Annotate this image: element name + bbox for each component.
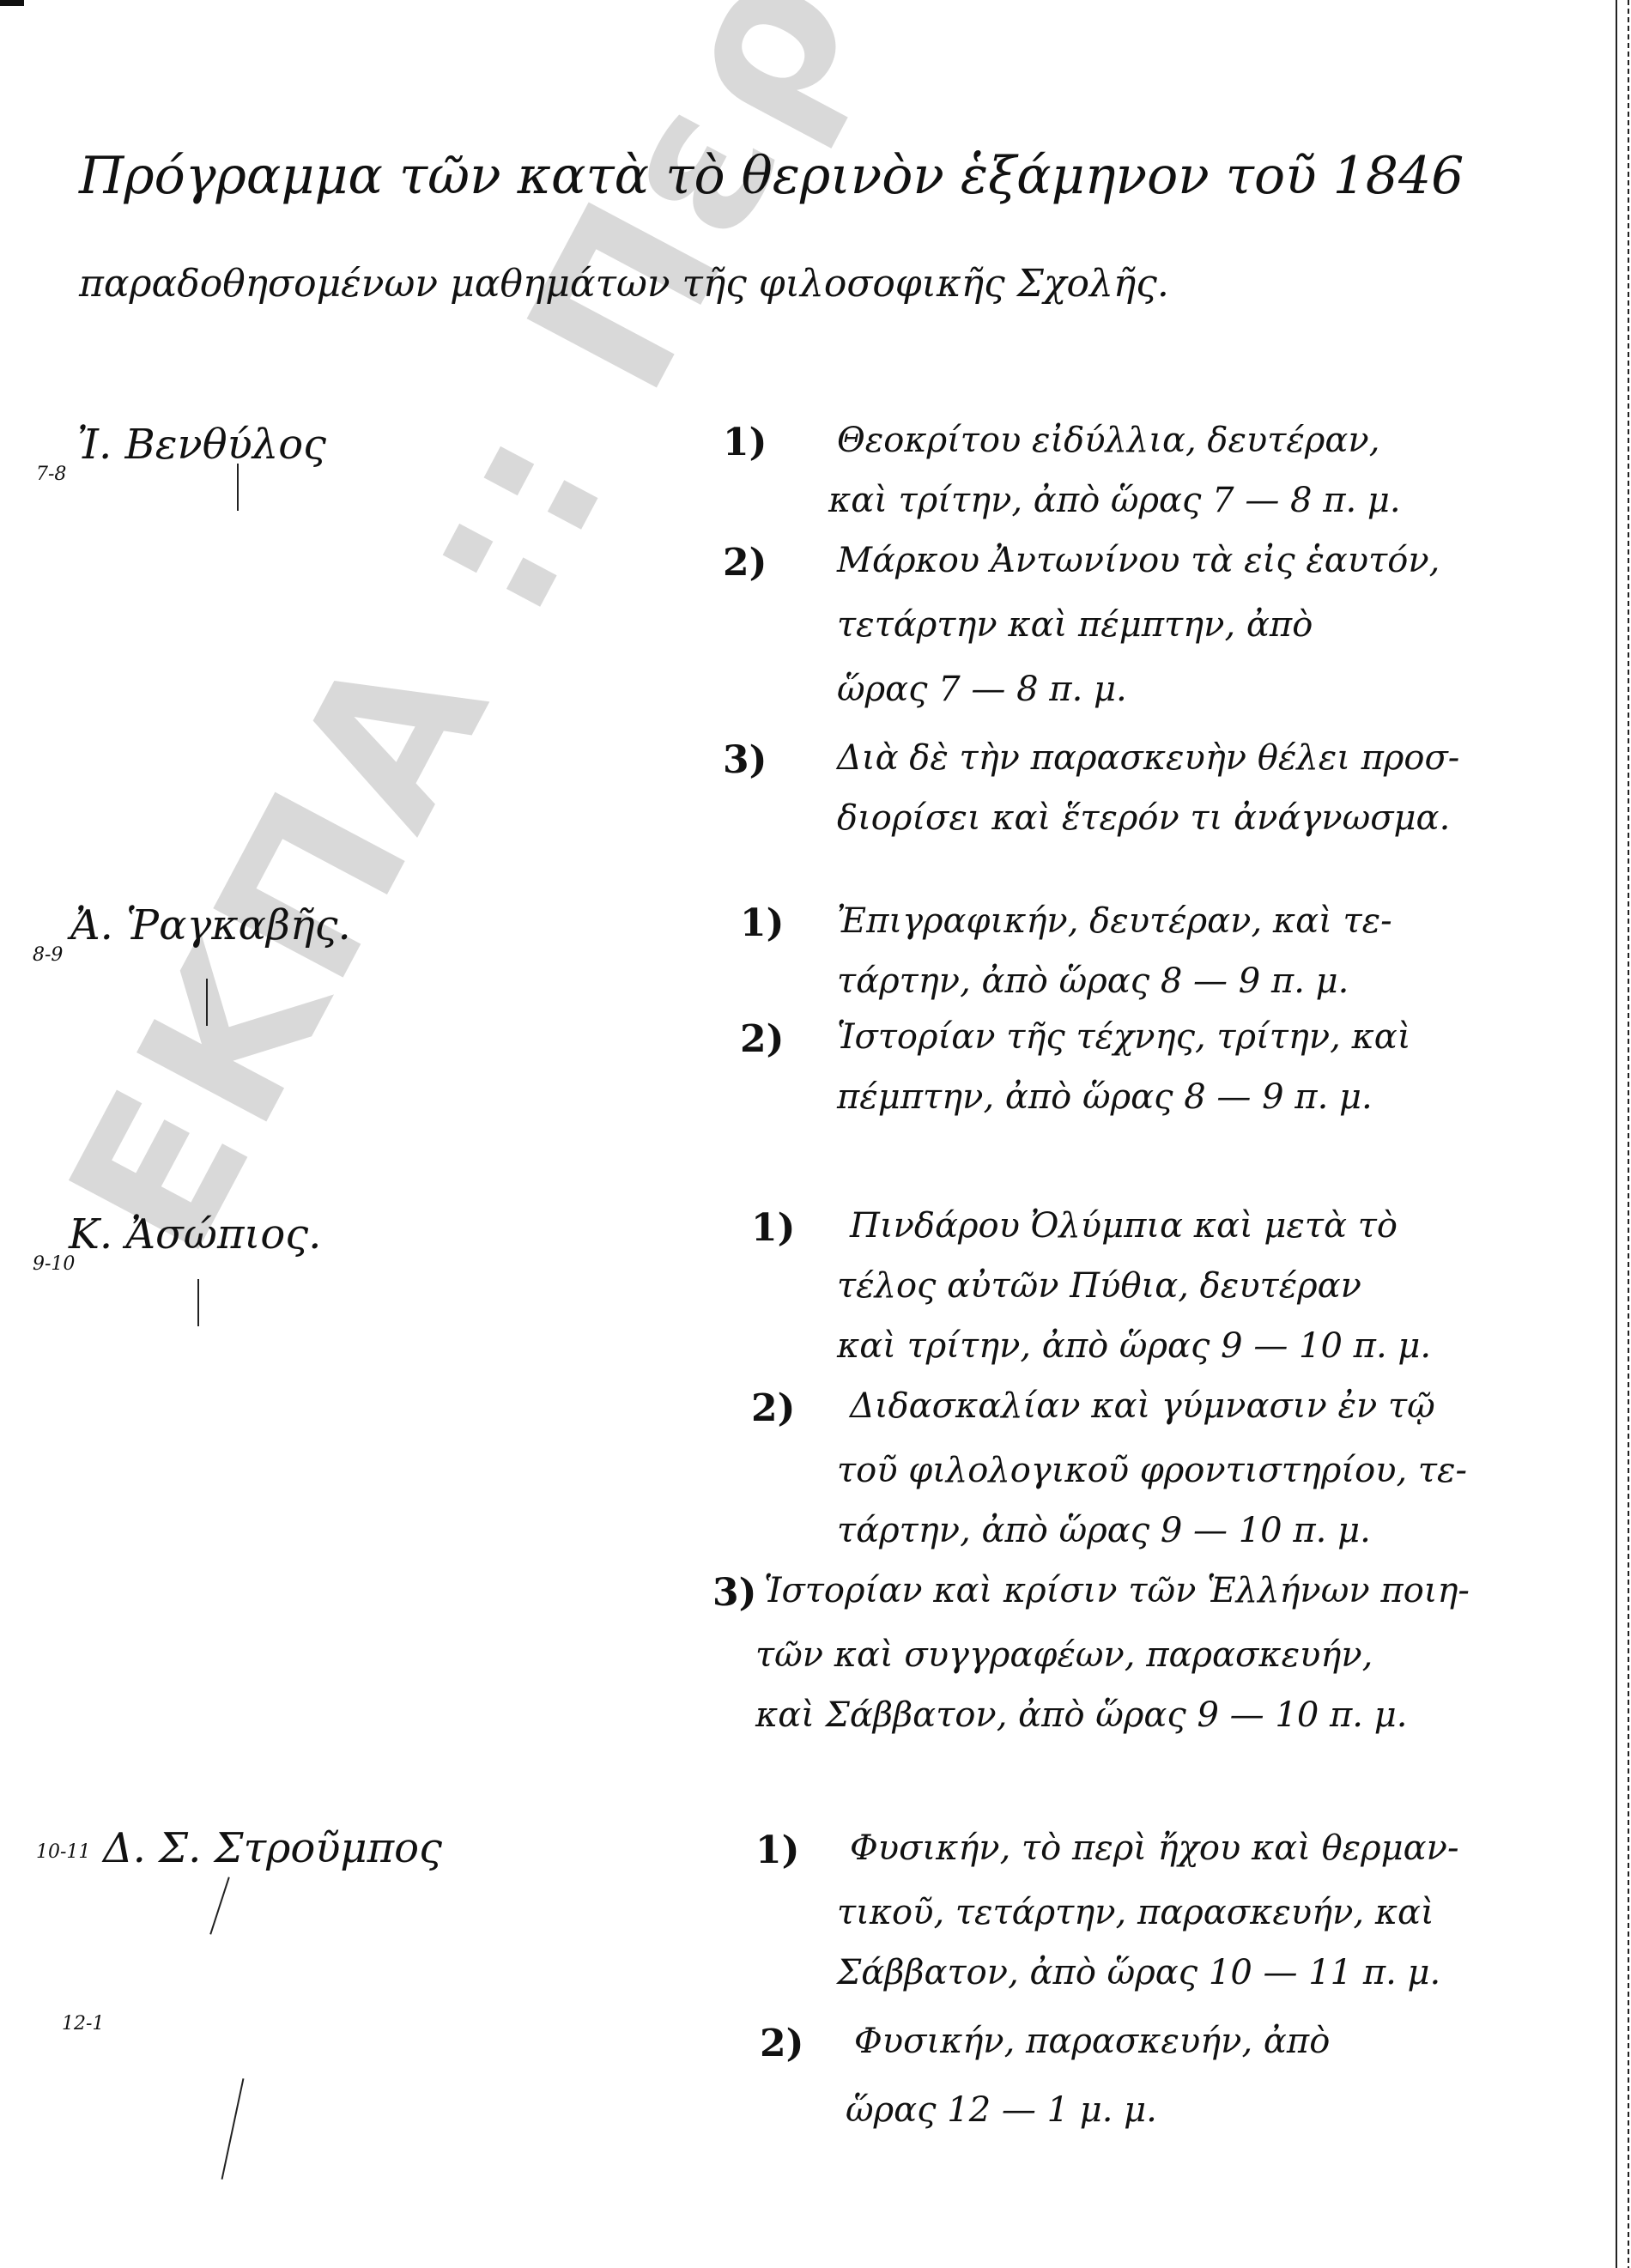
course-number: 1) [751, 1206, 795, 1250]
scan-corner-mark [0, 0, 24, 6]
course-number: 3) [712, 1571, 756, 1615]
hours-label: 12-1 [62, 2013, 104, 2035]
course-line: ὥρας 12 — 1 μ. μ. [846, 2090, 1157, 2130]
course-number: 1) [755, 1828, 799, 1872]
course-line: Ἱστορίαν καὶ κρίσιν τῶν Ἑλλήνων ποιη- [764, 1571, 1470, 1610]
course-line: τῶν καὶ συγγραφέων, παρασκευήν, [755, 1635, 1373, 1675]
manuscript-page: ΕΚΠΑ :: Περγαμος Πρόγραμμα τῶν κατὰ τὸ θ… [0, 0, 1631, 2268]
course-line: τέλος αὐτῶν Πύθια, δευτέραν [837, 1266, 1361, 1306]
course-line: Θεοκρίτου εἰδύλλια, δευτέραν, [837, 421, 1379, 460]
margin-stroke [237, 464, 239, 511]
course-number: 2) [740, 1017, 784, 1061]
course-line: Σάββατον, ἀπὸ ὥρας 10 — 11 π. μ. [837, 1953, 1440, 1992]
hours-label: 8-9 [33, 944, 63, 966]
course-line: καὶ τρίτην, ἀπὸ ὥρας 7 — 8 π. μ. [828, 481, 1401, 520]
course-line: Πινδάρου Ὀλύμπια καὶ μετὰ τὸ [850, 1206, 1398, 1246]
document-title-line-2: παραδοθησομένων μαθημάτων τῆς φιλοσοφικῆ… [79, 262, 1169, 306]
professor-name: Ἰ. Βενθύλος [77, 421, 326, 469]
hours-label: 10-11 [36, 1841, 90, 1863]
course-line: καὶ τρίτην, ἀπὸ ὥρας 9 — 10 π. μ. [837, 1326, 1431, 1366]
course-line: τικοῦ, τετάρτην, παρασκευήν, καὶ [837, 1893, 1434, 1932]
course-number: 2) [751, 1386, 795, 1430]
professor-name: Κ. Ἀσώπιος. [69, 1210, 321, 1258]
professor-name: Δ. Σ. Στροῦμπος [103, 1824, 442, 1872]
course-line: Διὰ δὲ τὴν παρασκευὴν θέλει προσ- [837, 738, 1459, 778]
course-line: ὥρας 7 — 8 π. μ. [837, 670, 1127, 709]
margin-stroke [206, 979, 208, 1026]
course-line: τετάρτην καὶ πέμπτην, ἀπὸ [837, 605, 1313, 645]
margin-stroke [197, 1279, 199, 1326]
course-line: καὶ Σάββατον, ἀπὸ ὥρας 9 — 10 π. μ. [755, 1695, 1407, 1735]
course-line: πέμπτην, ἀπὸ ὥρας 8 — 9 π. μ. [837, 1077, 1373, 1117]
course-line: τάρτην, ἀπὸ ὥρας 8 — 9 π. μ. [837, 961, 1349, 1001]
page-edge-binding [1628, 0, 1629, 2268]
course-line: Φυσικήν, τὸ περὶ ἤχου καὶ θερμαν- [850, 1828, 1459, 1868]
document-title-line-1: Πρόγραμμα τῶν κατὰ τὸ θερινὸν ἑξάμηνον τ… [79, 146, 1464, 206]
margin-stroke [209, 1877, 230, 1934]
course-number: 3) [723, 738, 767, 782]
course-number: 2) [723, 541, 767, 585]
course-number: 1) [740, 901, 784, 945]
professor-name: Ἀ. Ῥαγκαβῆς. [70, 901, 351, 949]
course-line: τοῦ φιλολογικοῦ φροντιστηρίου, τε- [837, 1451, 1467, 1490]
course-line: τάρτην, ἀπὸ ὥρας 9 — 10 π. μ. [837, 1511, 1371, 1550]
page-edge-line [1616, 0, 1617, 2268]
course-line: Φυσικήν, παρασκευήν, ἀπὸ [854, 2022, 1330, 2061]
course-line: διορίσει καὶ ἕτερόν τι ἀνάγνωσμα. [837, 798, 1450, 838]
course-line: Μάρκου Ἀντωνίνου τὰ εἰς ἑαυτόν, [837, 541, 1440, 580]
course-number: 1) [723, 421, 767, 464]
margin-stroke [221, 2078, 245, 2180]
course-line: Διδασκαλίαν καὶ γύμνασιν ἐν τῷ [850, 1386, 1435, 1426]
course-line: Ἱστορίαν τῆς τέχνης, τρίτην, καὶ [837, 1017, 1411, 1057]
course-number: 2) [760, 2022, 803, 2065]
hours-label: 7-8 [36, 464, 66, 485]
course-line: Ἐπιγραφικήν, δευτέραν, καὶ τε- [837, 901, 1392, 941]
